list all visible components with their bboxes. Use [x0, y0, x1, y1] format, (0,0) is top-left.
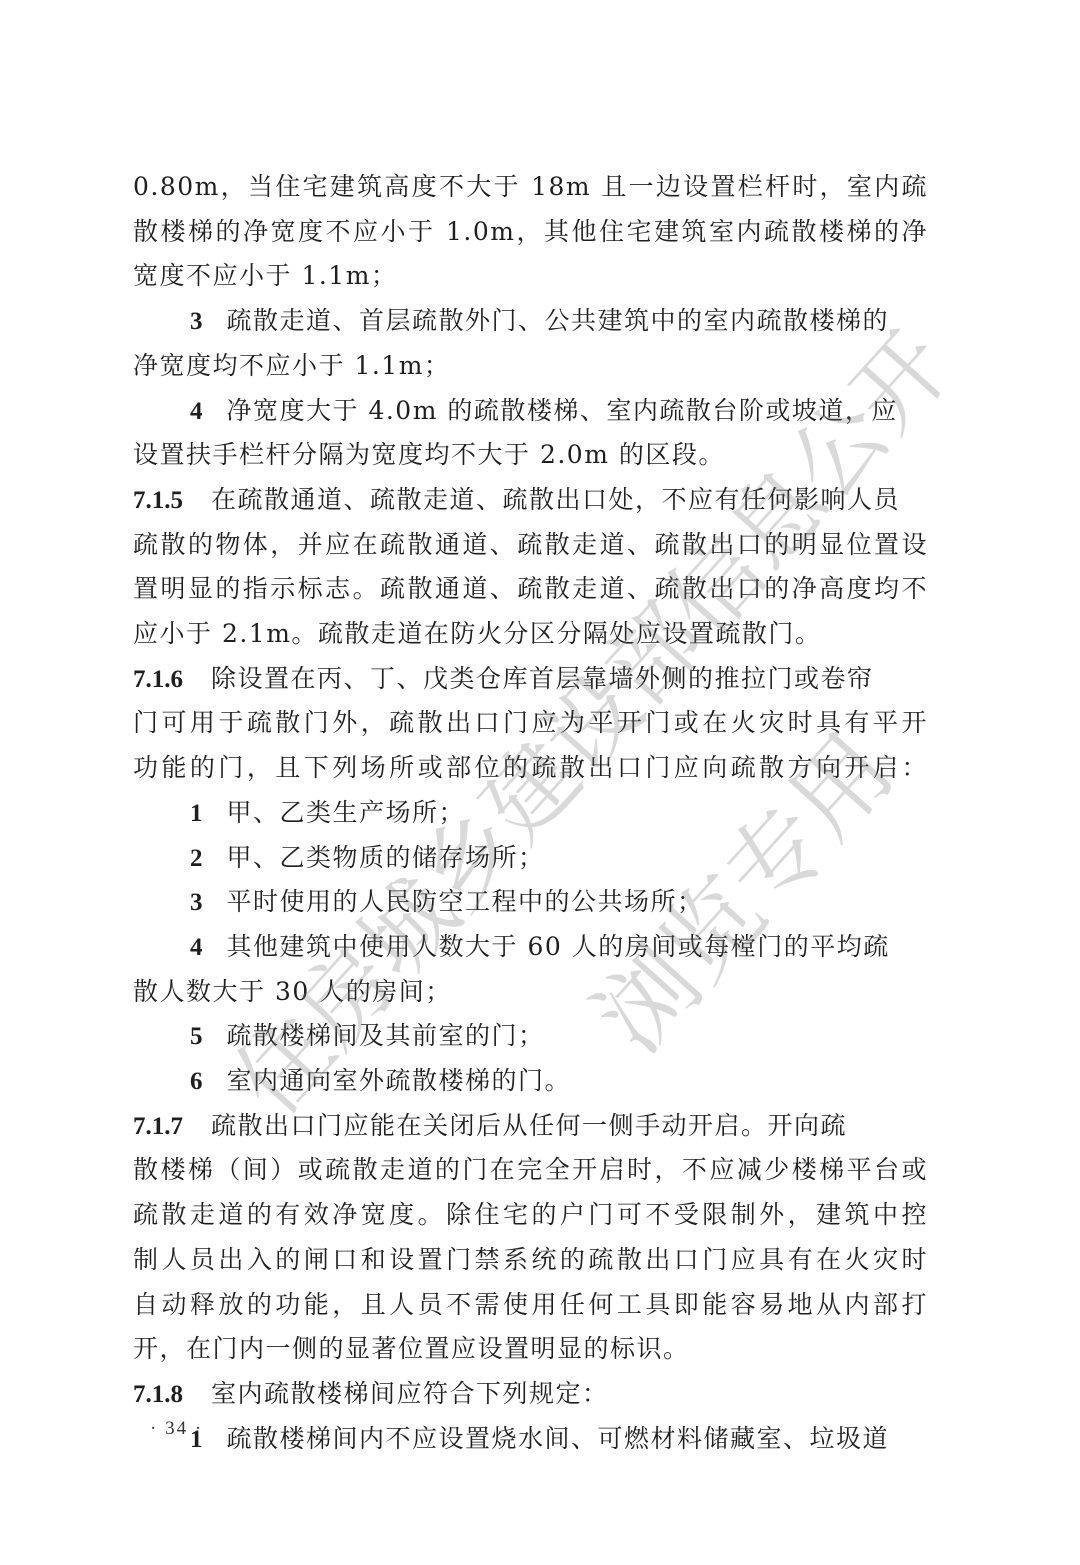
- item-number: 3: [190, 300, 203, 344]
- list-item-line: 1疏散楼梯间内不应设置烧水间、可燃材料储藏室、垃圾道: [190, 1417, 889, 1461]
- list-item-line: 6室内通向室外疏散楼梯的门。: [190, 1059, 571, 1103]
- text-line: 散人数大于 30 人的房间；: [133, 970, 452, 1014]
- list-item-line: 1甲、乙类生产场所；: [190, 791, 465, 835]
- line-text: 疏散走道的有效净宽度。除住宅的户门可不受限制外，建筑中控: [133, 1200, 928, 1229]
- text-line: 制人员出入的闸口和设置门禁系统的疏散出口门应具有在火灾时: [133, 1238, 928, 1282]
- clause-line: 7.1.6除设置在丙、丁、戊类仓库首层靠墙外侧的推拉门或卷帘: [133, 657, 874, 701]
- item-number: 2: [190, 837, 203, 881]
- item-number: 4: [190, 926, 203, 970]
- list-item-line: 5疏散楼梯间及其前室的门；: [190, 1014, 545, 1058]
- line-text: 疏散楼梯间及其前室的门；: [227, 1021, 545, 1050]
- line-text: 室内疏散楼梯间应符合下列规定：: [211, 1379, 609, 1408]
- line-text: 0.80m，当住宅建筑高度不大于 18m 且一边设置栏杆时，室内疏: [133, 172, 928, 201]
- clause-line: 7.1.8室内疏散楼梯间应符合下列规定：: [133, 1372, 609, 1416]
- text-line: 0.80m，当住宅建筑高度不大于 18m 且一边设置栏杆时，室内疏: [133, 165, 928, 209]
- clause-line: 7.1.5在疏散通道、疏散走道、疏散出口处，不应有任何影响人员: [133, 478, 900, 522]
- line-text: 疏散出口门应能在关闭后从任何一侧手动开启。开向疏: [211, 1111, 847, 1140]
- line-text: 设置扶手栏杆分隔为宽度均不大于 2.0m 的区段。: [133, 440, 725, 469]
- line-text: 室内通向室外疏散楼梯的门。: [227, 1066, 572, 1095]
- clause-number: 7.1.7: [133, 1105, 183, 1149]
- text-line: 开，在门内一侧的显著位置应设置明显的标识。: [133, 1327, 690, 1371]
- line-text: 开，在门内一侧的显著位置应设置明显的标识。: [133, 1334, 690, 1363]
- line-text: 功能的门，且下列场所或部位的疏散出口门应向疏散方向开启：: [133, 753, 928, 782]
- text-line: 门可用于疏散门外，疏散出口门应为平开门或在火灾时具有平开: [133, 701, 928, 745]
- item-number: 1: [190, 792, 203, 836]
- line-text: 应小于 2.1m。疏散走道在防火分区分隔处应设置疏散门。: [133, 619, 821, 648]
- clause-line: 7.1.7疏散出口门应能在关闭后从任何一侧手动开启。开向疏: [133, 1104, 847, 1148]
- text-line: 散楼梯（间）或疏散走道的门在完全开启时，不应减少楼梯平台或: [133, 1148, 928, 1192]
- text-line: 自动释放的功能，且人员不需使用任何工具即能容易地从内部打: [133, 1283, 928, 1327]
- line-text: 净宽度大于 4.0m 的疏散楼梯、室内疏散台阶或坡道，应: [227, 396, 898, 425]
- line-text: 宽度不应小于 1.1m；: [133, 261, 397, 290]
- line-text: 甲、乙类生产场所；: [227, 798, 466, 827]
- text-line: 应小于 2.1m。疏散走道在防火分区分隔处应设置疏散门。: [133, 612, 821, 656]
- text-line: 疏散走道的有效净宽度。除住宅的户门可不受限制外，建筑中控: [133, 1193, 928, 1237]
- item-number: 3: [190, 881, 203, 925]
- text-line: 功能的门，且下列场所或部位的疏散出口门应向疏散方向开启：: [133, 746, 928, 790]
- line-text: 疏散走道、首层疏散外门、公共建筑中的室内疏散楼梯的: [227, 306, 890, 335]
- line-text: 自动释放的功能，且人员不需使用任何工具即能容易地从内部打: [133, 1290, 928, 1319]
- list-item-line: 4其他建筑中使用人数大于 60 人的房间或每樘门的平均疏: [190, 925, 890, 969]
- list-item-line: 4净宽度大于 4.0m 的疏散楼梯、室内疏散台阶或坡道，应: [190, 389, 898, 433]
- text-line: 设置扶手栏杆分隔为宽度均不大于 2.0m 的区段。: [133, 433, 725, 477]
- item-number: 5: [190, 1015, 203, 1059]
- list-item-line: 2甲、乙类物质的储存场所；: [190, 836, 545, 880]
- list-item-line: 3疏散走道、首层疏散外门、公共建筑中的室内疏散楼梯的: [190, 299, 889, 343]
- item-number: 4: [190, 390, 203, 434]
- line-text: 其他建筑中使用人数大于 60 人的房间或每樘门的平均疏: [227, 932, 890, 961]
- item-number: 6: [190, 1060, 203, 1104]
- text-line: 疏散的物体，并应在疏散通道、疏散走道、疏散出口的明显位置设: [133, 523, 928, 567]
- line-text: 散楼梯（间）或疏散走道的门在完全开启时，不应减少楼梯平台或: [133, 1155, 928, 1184]
- page-number: · 34 ·: [150, 1418, 203, 1440]
- text-line: 宽度不应小于 1.1m；: [133, 254, 397, 298]
- text-line: 散楼梯的净宽度不应小于 1.0m，其他住宅建筑室内疏散楼梯的净: [133, 210, 928, 254]
- clause-number: 7.1.8: [133, 1373, 183, 1417]
- line-text: 疏散楼梯间内不应设置烧水间、可燃材料储藏室、垃圾道: [227, 1424, 890, 1453]
- text-line: 净宽度均不应小于 1.1m；: [133, 344, 450, 388]
- line-text: 净宽度均不应小于 1.1m；: [133, 351, 450, 380]
- clause-number: 7.1.5: [133, 479, 183, 523]
- line-text: 置明显的指示标志。疏散通道、疏散走道、疏散出口的净高度均不: [133, 574, 928, 603]
- line-text: 门可用于疏散门外，疏散出口门应为平开门或在火灾时具有平开: [133, 708, 928, 737]
- line-text: 平时使用的人民防空工程中的公共场所；: [227, 887, 704, 916]
- line-text: 散人数大于 30 人的房间；: [133, 977, 452, 1006]
- line-text: 制人员出入的闸口和设置门禁系统的疏散出口门应具有在火灾时: [133, 1245, 928, 1274]
- line-text: 除设置在丙、丁、戊类仓库首层靠墙外侧的推拉门或卷帘: [211, 664, 874, 693]
- text-line: 置明显的指示标志。疏散通道、疏散走道、疏散出口的净高度均不: [133, 567, 928, 611]
- list-item-line: 3平时使用的人民防空工程中的公共场所；: [190, 880, 704, 924]
- clause-number: 7.1.6: [133, 658, 183, 702]
- line-text: 甲、乙类物质的储存场所；: [227, 843, 545, 872]
- line-text: 散楼梯的净宽度不应小于 1.0m，其他住宅建筑室内疏散楼梯的净: [133, 217, 928, 246]
- line-text: 疏散的物体，并应在疏散通道、疏散走道、疏散出口的明显位置设: [133, 530, 928, 559]
- line-text: 在疏散通道、疏散走道、疏散出口处，不应有任何影响人员: [211, 485, 900, 514]
